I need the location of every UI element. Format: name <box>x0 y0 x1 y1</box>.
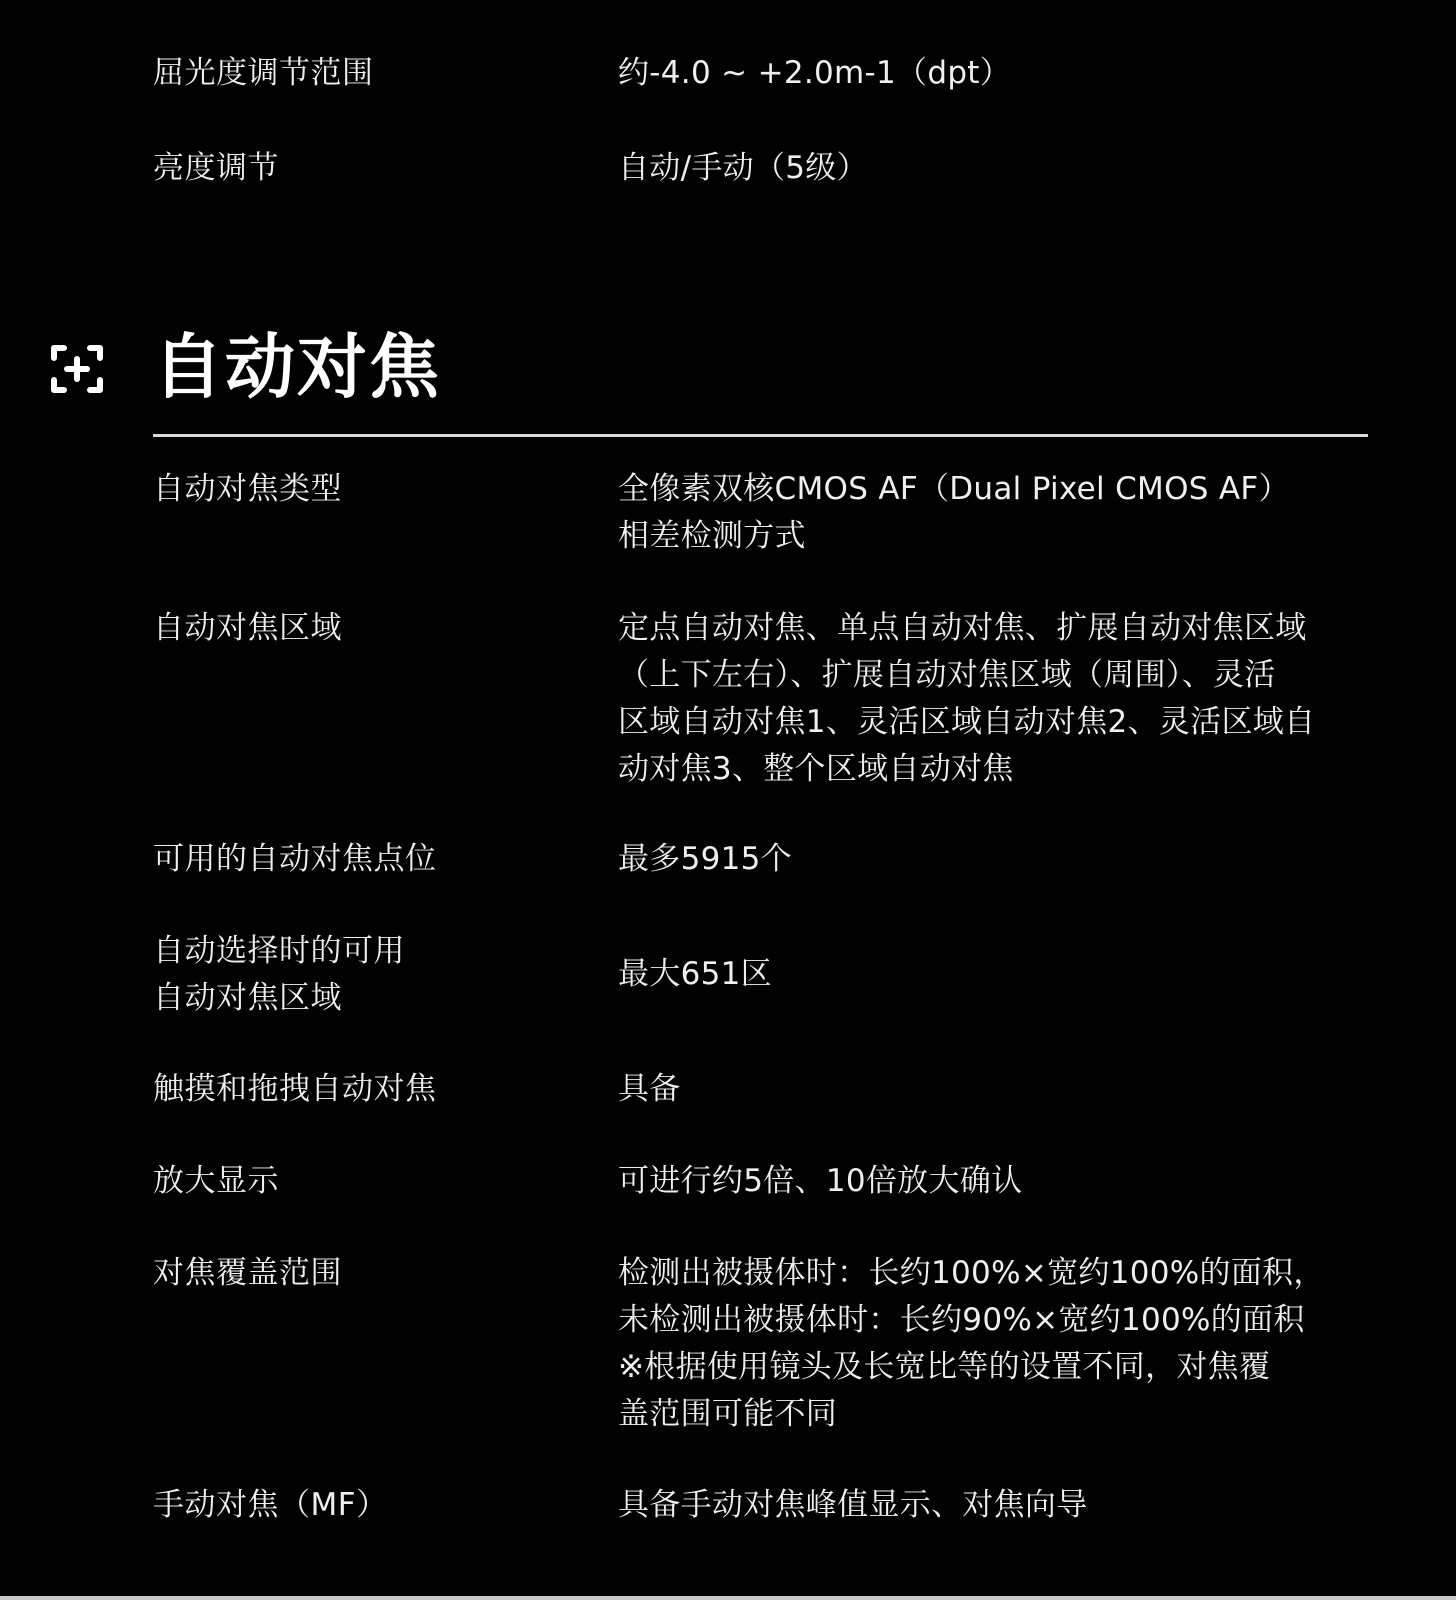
spec-value: 最大651区 <box>618 951 1378 998</box>
spec-value: 具备 <box>618 1066 1378 1113</box>
spec-label: 自动对焦区域 <box>153 605 593 652</box>
spec-value: 约-4.0 ~ +2.0m-1（dpt） <box>618 50 1378 97</box>
section-title: 自动对焦 <box>153 322 441 412</box>
spec-value: 最多5915个 <box>618 836 1378 883</box>
spec-label: 触摸和拖拽自动对焦 <box>153 1066 593 1113</box>
spec-value: 定点自动对焦、单点自动对焦、扩展自动对焦区域 （上下左右）、扩展自动对焦区域（周… <box>618 605 1378 793</box>
spec-value: 自动/手动（5级） <box>618 145 1378 192</box>
spec-label: 屈光度调节范围 <box>153 50 593 97</box>
spec-label: 亮度调节 <box>153 145 593 192</box>
spec-label: 对焦覆盖范围 <box>153 1250 593 1297</box>
spec-label: 手动对焦（MF） <box>153 1482 593 1529</box>
spec-label: 自动对焦类型 <box>153 466 593 513</box>
section-divider <box>153 434 1368 437</box>
focus-crosshair-icon <box>50 342 104 396</box>
spec-label: 可用的自动对焦点位 <box>153 836 593 883</box>
section-header-autofocus: 自动对焦 <box>46 322 1368 437</box>
spec-label: 放大显示 <box>153 1158 593 1205</box>
spec-label: 自动选择时的可用 自动对焦区域 <box>153 928 593 1022</box>
spec-value: 可进行约5倍、10倍放大确认 <box>618 1158 1378 1205</box>
spec-value: 全像素双核CMOS AF（Dual Pixel CMOS AF） 相差检测方式 <box>618 466 1378 560</box>
spec-value: 检测出被摄体时：长约100%×宽约100%的面积， 未检测出被摄体时：长约90%… <box>618 1250 1378 1438</box>
bottom-edge-strip <box>0 1596 1456 1600</box>
spec-sheet-page: 屈光度调节范围 约-4.0 ~ +2.0m-1（dpt） 亮度调节 自动/手动（… <box>0 0 1456 1596</box>
spec-value: 具备手动对焦峰值显示、对焦向导 <box>618 1482 1378 1529</box>
